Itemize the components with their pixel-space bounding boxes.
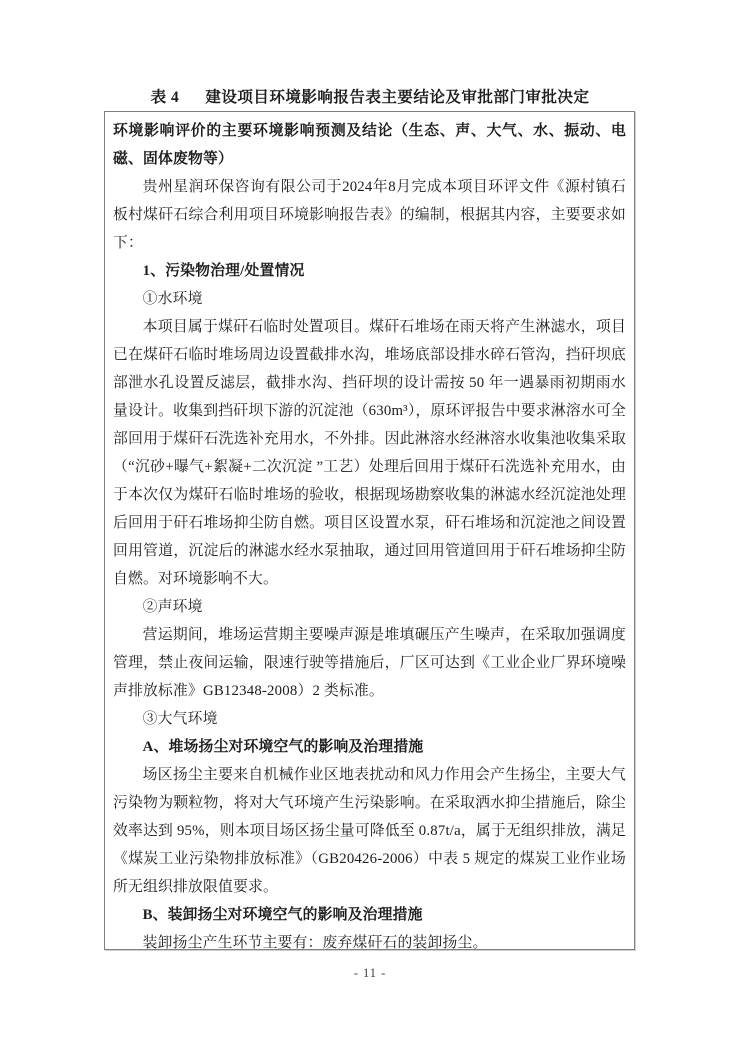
document-page: 表 4建设项目环境影响报告表主要结论及审批部门审批决定 环境影响评价的主要环境影… (0, 0, 740, 1046)
conclusions-header: 环境影响评价的主要环境影响预测及结论（生态、声、大气、水、振动、电磁、固体废物等… (113, 117, 626, 173)
page-number: - 11 - (0, 966, 740, 981)
dust-a-paragraph: 场区扬尘主要来自机械作业区地表扰动和风力作用会产生扬尘，主要大气污染物为颗粒物，… (113, 761, 626, 901)
document-title: 表 4建设项目环境影响报告表主要结论及审批部门审批决定 (0, 85, 740, 107)
dust-b-heading: B、装卸扬尘对环境空气的影响及治理措施 (113, 901, 626, 929)
dust-b-paragraph: 装卸扬尘产生环节主要有：废弃煤矸石的装卸扬尘。 (113, 929, 626, 957)
section-1-heading: 1、污染物治理/处置情况 (113, 257, 626, 285)
table-number-label: 表 4 (151, 89, 180, 106)
noise-env-paragraph: 营运期间，堆场运营期主要噪声源是堆填碾压产生噪声，在采取加强调度管理，禁止夜间运… (113, 621, 626, 705)
noise-env-label: ②声环境 (113, 593, 626, 621)
water-env-paragraph: 本项目属于煤矸石临时处置项目。煤矸石堆场在雨天将产生淋滤水，项目已在煤矸石临时堆… (113, 313, 626, 593)
water-env-label: ①水环境 (113, 285, 626, 313)
conclusions-table-cell: 环境影响评价的主要环境影响预测及结论（生态、声、大气、水、振动、电磁、固体废物等… (104, 111, 635, 950)
document-title-text: 建设项目环境影响报告表主要结论及审批部门审批决定 (205, 89, 589, 106)
air-env-label: ③大气环境 (113, 705, 626, 733)
dust-a-heading: A、堆场扬尘对环境空气的影响及治理措施 (113, 733, 626, 761)
intro-paragraph: 贵州星润环保咨询有限公司于2024年8月完成本项目环评文件《源村镇石板村煤矸石综… (113, 173, 626, 257)
